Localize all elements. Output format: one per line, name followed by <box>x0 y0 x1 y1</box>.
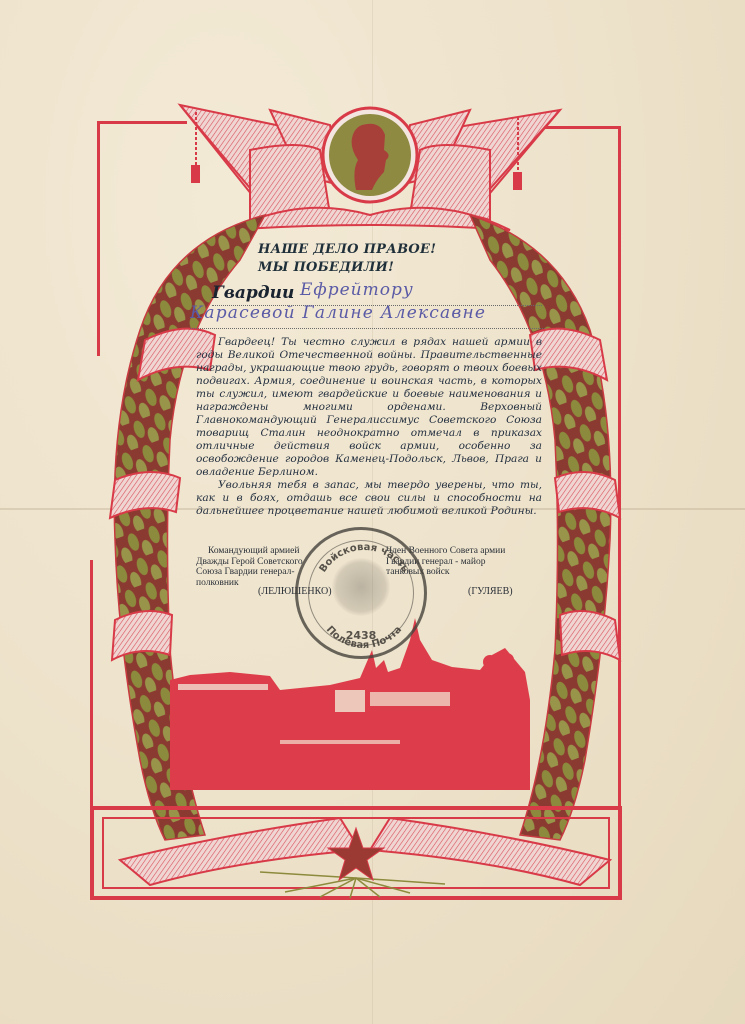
signatory-name-right: (ГУЛЯЕВ) <box>468 586 513 597</box>
body-text: Гвардеец! Ты честно служил в рядах нашей… <box>196 336 542 518</box>
body-paragraph-2: Увольняя тебя в запас, мы твердо уверены… <box>196 479 542 518</box>
stamp-number: 2438 <box>298 629 424 642</box>
motto-line-1: НАШЕ ДЕЛО ПРАВОЕ! <box>258 241 498 259</box>
portrait-medallion-icon <box>323 108 417 202</box>
stamp-ring-text: Войсковая часть Полевая Почта <box>298 530 430 662</box>
address-label: Гвардии <box>212 283 294 303</box>
motto: НАШЕ ДЕЛО ПРАВОЕ! МЫ ПОБЕДИЛИ! <box>258 241 498 277</box>
handwritten-name: Карасевой Галине Алексавне <box>190 303 486 323</box>
motto-line-2: МЫ ПОБЕДИЛИ! <box>258 259 498 277</box>
official-stamp: Войсковая часть Полевая Почта 2438 <box>295 527 427 659</box>
body-paragraph-1: Гвардеец! Ты честно служил в рядах нашей… <box>196 336 542 479</box>
svg-text:Войсковая часть: Войсковая часть <box>318 542 411 575</box>
stamp-top-text: Войсковая часть <box>318 542 411 575</box>
handwritten-rank: Ефрейтору <box>300 280 414 300</box>
certificate-page: НАШЕ ДЕЛО ПРАВОЕ! МЫ ПОБЕДИЛИ! Гвардии Е… <box>0 0 745 1024</box>
